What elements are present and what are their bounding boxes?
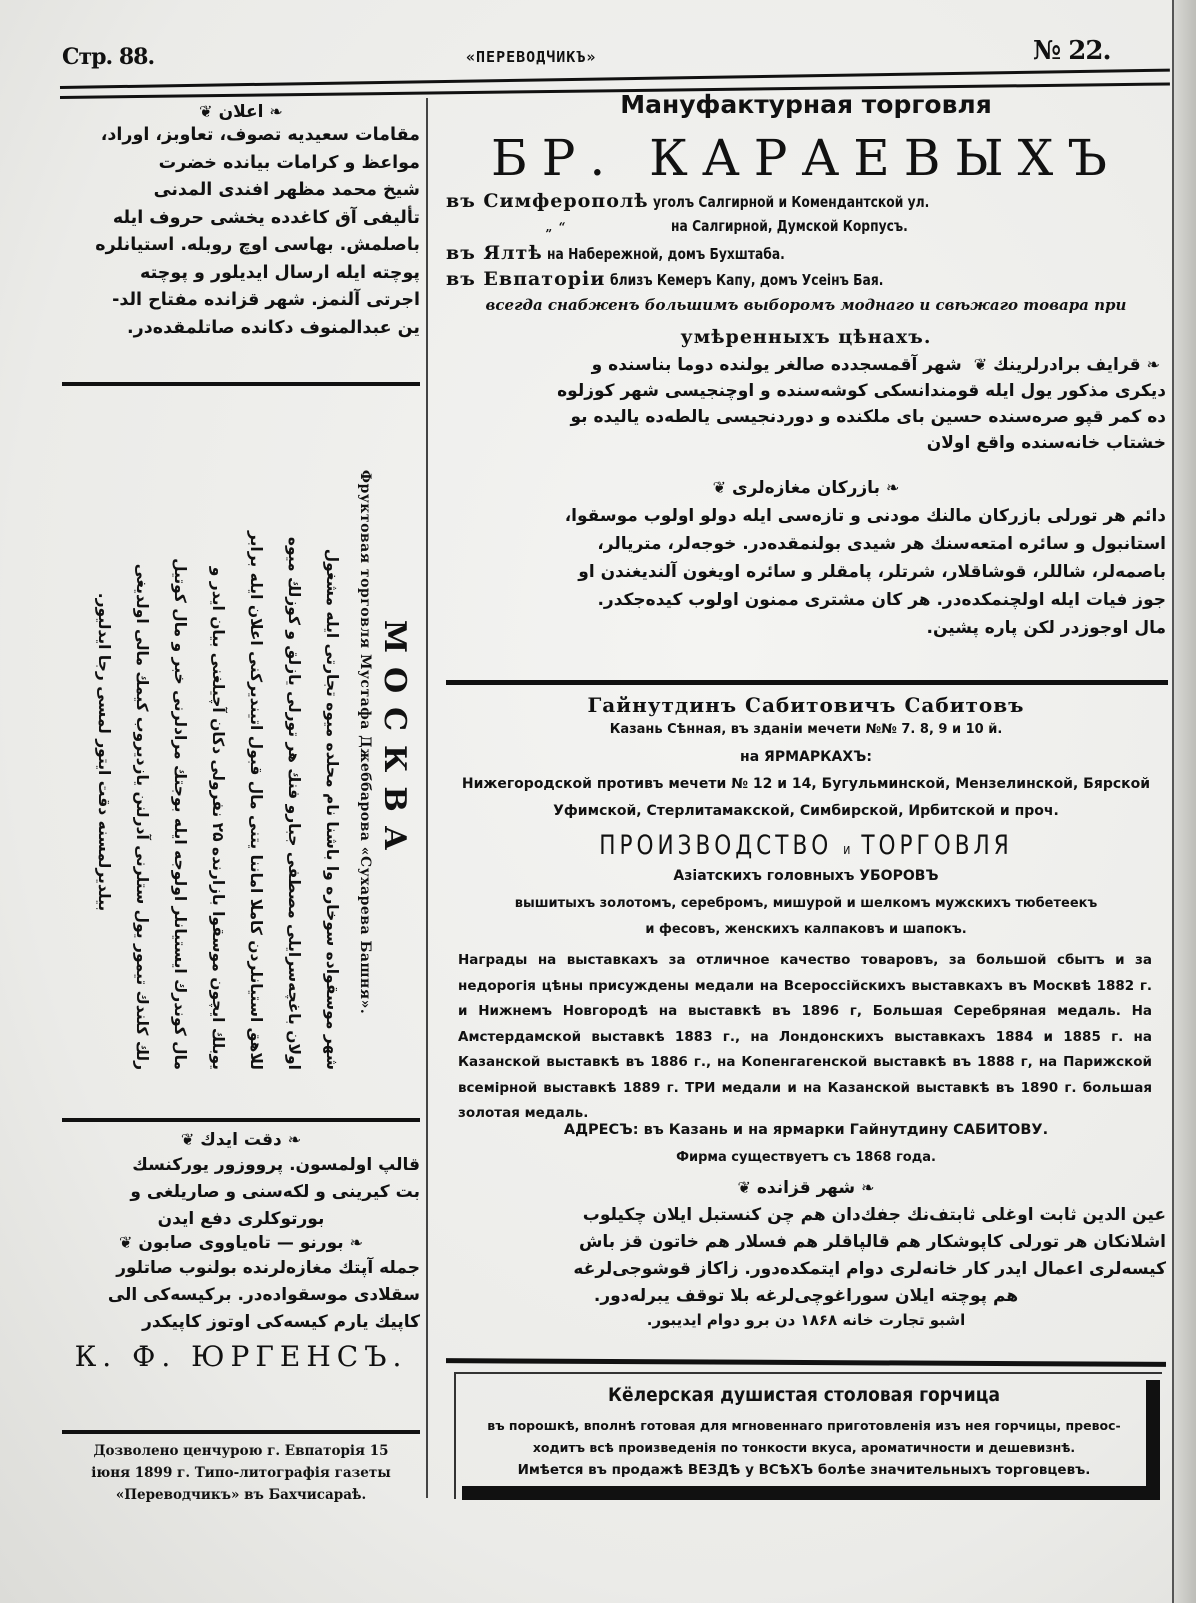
sabitov-kazan-address: Казань Сѣнная, въ зданіи мечети №№ 7. 8,… — [446, 722, 1166, 737]
text-line: کیسه‌لری اعمال ایدر کار خانه‌لری دوام ای… — [446, 1256, 1166, 1283]
karaev-firm-name: БР. КАРАЕВЫХЪ — [446, 128, 1166, 188]
ornament-icon: ❦ — [181, 1130, 194, 1149]
text-line: مال اوجوزدر لکن پاره پشین. — [446, 614, 1166, 642]
karaev-tagline: всегда снабженъ большимъ выборомъ моднаг… — [446, 296, 1166, 314]
text-line: کاپیك یارم کیسه‌کی اوتوز کاپیکدر — [62, 1309, 420, 1336]
jurgens-signature: К. Ф. ЮРГЕНСЪ. — [62, 1340, 420, 1373]
karaev-prices: умѣренныхъ цѣнахъ. — [446, 326, 1166, 348]
production-and: и — [843, 842, 850, 858]
text-line: دیکری مذکور یول ایله قومندانسکی کوشه‌سند… — [446, 378, 1166, 404]
trade-word: ТОРГОВЛЯ — [861, 830, 1012, 861]
production-word: ПРОИЗВОДСТВО — [599, 830, 832, 861]
text-line: للاهق استیانلردن کاملا اماننا یتنی مال ق… — [237, 434, 275, 1070]
text-line: مواعظ و کرامات بیانده خضرت — [62, 150, 420, 178]
moskva-title: МОСКВА — [377, 386, 412, 1098]
firm-founded: Фирма существуетъ съ 1868 года. — [446, 1150, 1166, 1165]
embroidered-line: вышитыхъ золотомъ, серебромъ, мишурой и … — [446, 896, 1166, 911]
dikkat-ad: ❧دقت ایدك❦ قالپ اولمسون. پرووزور یورکنسك… — [62, 1130, 420, 1373]
dikkat-heading: ❧دقت ایدك❦ — [62, 1130, 420, 1150]
text-line: اولان باغچه‌سرایلی مصطفی جبارو فنك هر تو… — [275, 434, 313, 1070]
bazarkan-body: دائم هر تورلی بازرکان مالنك مودنی و تازه… — [446, 502, 1166, 642]
newspaper-title: «ПЕРЕВОДЧИКЪ» — [466, 48, 596, 66]
section-rule — [446, 1358, 1166, 1367]
location-address: близъ Кемеръ Капу, домъ Усеінъ Бая. — [610, 271, 883, 289]
page-number: Стр. 88. — [62, 44, 154, 70]
dikkat-heading-text: دقت ایدك — [200, 1130, 281, 1150]
text-line: سقلادی موسقواده‌در. برکیسه‌کی الی — [62, 1282, 420, 1309]
text-line: هم پوچته ایلان سوراغوچی‌لرغه بلا توقف یب… — [446, 1283, 1166, 1310]
dikkat-body: قالپ اولمسون. پرووزور یورکنسك بت کیرینی … — [62, 1152, 420, 1233]
location-city: въ Евпаторіи — [446, 268, 605, 290]
location-yalta: въ Ялтѣ на Набережной, домъ Бухштаба. — [446, 242, 837, 264]
text-line: قالپ اولمسون. پرووزور یورکنسك — [62, 1152, 420, 1179]
location-city: въ Симферополѣ — [446, 190, 649, 212]
shahr-kazan-notice: عین الدین ثابت اوغلی ثابتف‌نك جفك‌دان هم… — [446, 1202, 1166, 1330]
censorship-note: Дозволено ценчурою г. Евпаторія 15 іюня … — [62, 1440, 420, 1506]
text-line: Дозволено ценчурою г. Евпаторія 15 — [62, 1440, 420, 1462]
text-line: رلك کلندك تیمور یول ستلرنی آدرلنن یازدیر… — [123, 434, 161, 1070]
ilan-notice: ❧اعلان❦ مقامات سعیدیه تصوف، تعاوبز، اورا… — [62, 102, 420, 342]
ornament-icon: ❧ — [861, 1178, 874, 1197]
sabitov-fairs-line1: Нижегородской противъ мечети № 12 и 14, … — [446, 776, 1166, 792]
bazarkan-heading-text: بازرکان مغازه‌لری — [732, 478, 880, 498]
text-line: پوچته ایله ارسال ایدیلور و پوچته — [62, 260, 420, 288]
karaev-heading: Мануфактурная торговля — [446, 90, 1166, 119]
text-line: جوز فیات ایله اولچنمکده‌در. هر کان مشتری… — [446, 586, 1166, 614]
ornament-icon: ❦ — [199, 102, 212, 121]
location-address: на Салгирной, Думской Корпусъ. — [671, 217, 908, 235]
karaev-arabic-notice: ❧قرایف برادرلرینك❦ شهر آقمسجدده صالغر یو… — [446, 352, 1166, 456]
text-line: مقامات سعیدیه تصوف، تعاوبز، اوراد، — [62, 122, 420, 150]
location-address: на Набережной, домъ Бухштаба. — [547, 245, 785, 263]
location-evpatoria: въ Евпаторіи близъ Кемеръ Капу, домъ Усе… — [446, 268, 943, 290]
text-line: «Переводчикъ» въ Бахчисараѣ. — [62, 1484, 420, 1506]
ilan-body: مقامات سعیدیه تصوف، تعاوبز، اوراد، مواعظ… — [62, 122, 420, 342]
issue-number: № 22. — [1033, 36, 1111, 66]
moskva-subtitle: Фруктовая торговля Мустафа Джеббарова «С… — [357, 386, 373, 1098]
shahr-kazan-body: عین الدین ثابت اوغلی ثابتف‌نك جفك‌دان هم… — [446, 1202, 1166, 1330]
text-line: ❧قرایف برادرلرینك❦ شهر آقمسجدده صالغر یو… — [446, 352, 1166, 378]
awards-paragraph: Награды на выставкахъ за отличное качест… — [446, 948, 1166, 1127]
text-line: یوبلك ایچون موسقوا بازارنده ۲۵ نفرولی دک… — [199, 434, 237, 1070]
newspaper-page: Стр. 88. «ПЕРЕВОДЧИКЪ» № 22. ❧اعلان❦ مقا… — [0, 0, 1196, 1603]
text-line: بیلدیرلمسنه دقت ایتور لمسی رجا ایدلیور. — [85, 434, 123, 1070]
sabitov-fairs-line2: Уфимской, Стерлитамакской, Симбирской, И… — [446, 803, 1166, 819]
karaev-arabic-heading: قرایف برادرلرینك — [993, 355, 1141, 375]
text-line: іюня 1899 г. Типо-литографія газеты — [62, 1462, 420, 1484]
text-line: جمله آپتك مغازه‌لرنده بولنوب صاتلور — [62, 1255, 420, 1282]
bazarkan-notice: دائم هر تورلی بازرکان مالنك مودنی و تازه… — [446, 502, 1166, 642]
section-rule — [446, 680, 1168, 685]
asiatic-headwear: Азіатскихъ головныхъ УБОРОВЪ — [446, 868, 1166, 884]
ornament-icon: ❦ — [974, 352, 987, 378]
text-line: اجرتی آلنمز. شهر قزانده مفتاح الد- — [62, 287, 420, 315]
sabitov-address: АДРЕСЪ: въ Казань и на ярмарки Гайнутдин… — [446, 1122, 1166, 1138]
sabitov-name: Гайнутдинъ Сабитовичъ Сабитовъ — [446, 693, 1166, 717]
mustard-ad-shadow — [462, 1486, 1152, 1500]
soap-heading-text: بورنو — تاه‌یاووی صابون — [138, 1233, 343, 1253]
text-line: استانبول و سائره امتعه‌سنك هر شیدی بولنم… — [446, 530, 1166, 558]
location-address: уголъ Салгирной и Комендантской ул. — [653, 193, 929, 211]
location-city: „ “ — [446, 220, 666, 234]
text-line: ین عبدالمنوف دکانده صاتلمقده‌در. — [62, 315, 420, 343]
location-city: въ Ялтѣ — [446, 242, 543, 264]
ornament-icon: ❧ — [288, 1130, 301, 1149]
soap-body: جمله آپتك مغازه‌لرنده بولنوب صاتلور سقلا… — [62, 1255, 420, 1336]
moskva-body: شهر موسقواده سوخاره وا باشنا نام محلده م… — [85, 434, 351, 1070]
section-rule — [62, 1430, 420, 1434]
text-line: تألیفی آق کاغدده یخشی حروف ایله — [62, 205, 420, 233]
soap-heading: ❧بورنو — تاه‌یاووی صابون❦ — [62, 1233, 420, 1253]
ornament-icon: ❦ — [737, 1178, 750, 1197]
ornament-icon: ❦ — [119, 1233, 132, 1252]
text-line: شیخ محمد مظهر افندی المدنی — [62, 177, 420, 205]
shahr-kazan-heading-text: شهر قزانده — [757, 1178, 855, 1198]
location-simferopol: въ Симферополѣ уголъ Салгирной и Коменда… — [446, 190, 990, 212]
mustard-title: Кёлерская душистая столовая горчица — [489, 1384, 1119, 1406]
text-line: اشبو تجارت خانه ۱۸۶۸ دن برو دوام ایدیبور… — [446, 1310, 1166, 1330]
ornament-icon: ❧ — [269, 102, 282, 121]
ornament-icon: ❦ — [713, 478, 726, 497]
production-heading: ПРОИЗВОДСТВО и ТОРГОВЛЯ — [518, 830, 1094, 861]
bazarkan-heading: ❧بازرکان مغازه‌لری❦ — [446, 478, 1166, 498]
text-line: شهر موسقواده سوخاره وا باشنا نام محلده م… — [313, 434, 351, 1070]
fezzes-line: и фесовъ, женскихъ калпаковъ и шапокъ. — [446, 922, 1166, 937]
moskva-ad: МОСКВА Фруктовая торговля Мустафа Джебба… — [62, 386, 420, 1098]
ilan-heading-text: اعلان — [219, 102, 264, 122]
text-line: بت کیرینی و لکه‌سنی و صاریلغی و — [62, 1179, 420, 1206]
ornament-icon: ❧ — [350, 1233, 363, 1252]
text-line: دائم هر تورلی بازرکان مالنك مودنی و تازه… — [446, 502, 1166, 530]
text-span: شهر آقمسجدده صالغر یولنده دوما بناسنده و — [592, 355, 962, 375]
text-line: خشتاب خانه‌سنده واقع اولان — [446, 430, 1166, 456]
column-divider — [426, 98, 428, 1498]
ilan-heading: ❧اعلان❦ — [62, 102, 420, 122]
page-edge — [1172, 0, 1196, 1603]
text-line: اشلانکان هر تورلی کاپوشکار هم قالپاقلر ه… — [446, 1229, 1166, 1256]
text-line: ده کمر قپو صره‌سنده حسین بای ملکنده و دو… — [446, 404, 1166, 430]
sabitov-fairs-label: на ЯРМАРКАХЪ: — [446, 749, 1166, 765]
text-line: باصمه‌لر، شاللر، قوشاقلار، شرتلر، پامقلر… — [446, 558, 1166, 586]
ornament-icon: ❧ — [886, 478, 899, 497]
text-line: باصلمش. بهاسی اوچ روبله. استیانلره — [62, 232, 420, 260]
shahr-kazan-heading: ❧شهر قزانده❦ — [446, 1178, 1166, 1198]
location-simferopol-2: „ “ на Салгирной, Думской Корпусъ. — [446, 216, 959, 235]
text-line: بورتوکلری دفع ایدن — [62, 1206, 420, 1233]
mustard-line: ходитъ всѣ произведенія по тонкости вкус… — [454, 1440, 1154, 1455]
mustard-line: въ порошкѣ, вполнѣ готовая для мгновенна… — [454, 1418, 1154, 1433]
text-line: عین الدین ثابت اوغلی ثابتف‌نك جفك‌دان هم… — [446, 1202, 1166, 1229]
mustard-line: Имѣется въ продажѣ ВЕЗДѢ у ВСѢХЪ болѣе з… — [454, 1462, 1154, 1478]
ornament-icon: ❧ — [1147, 352, 1160, 378]
karaev-arabic-body: ❧قرایف برادرلرینك❦ شهر آقمسجدده صالغر یو… — [446, 352, 1166, 456]
section-rule — [62, 1118, 420, 1122]
text-line: مال کوندرك ایستیانلر اولوجه ایله بوجتك م… — [161, 434, 199, 1070]
